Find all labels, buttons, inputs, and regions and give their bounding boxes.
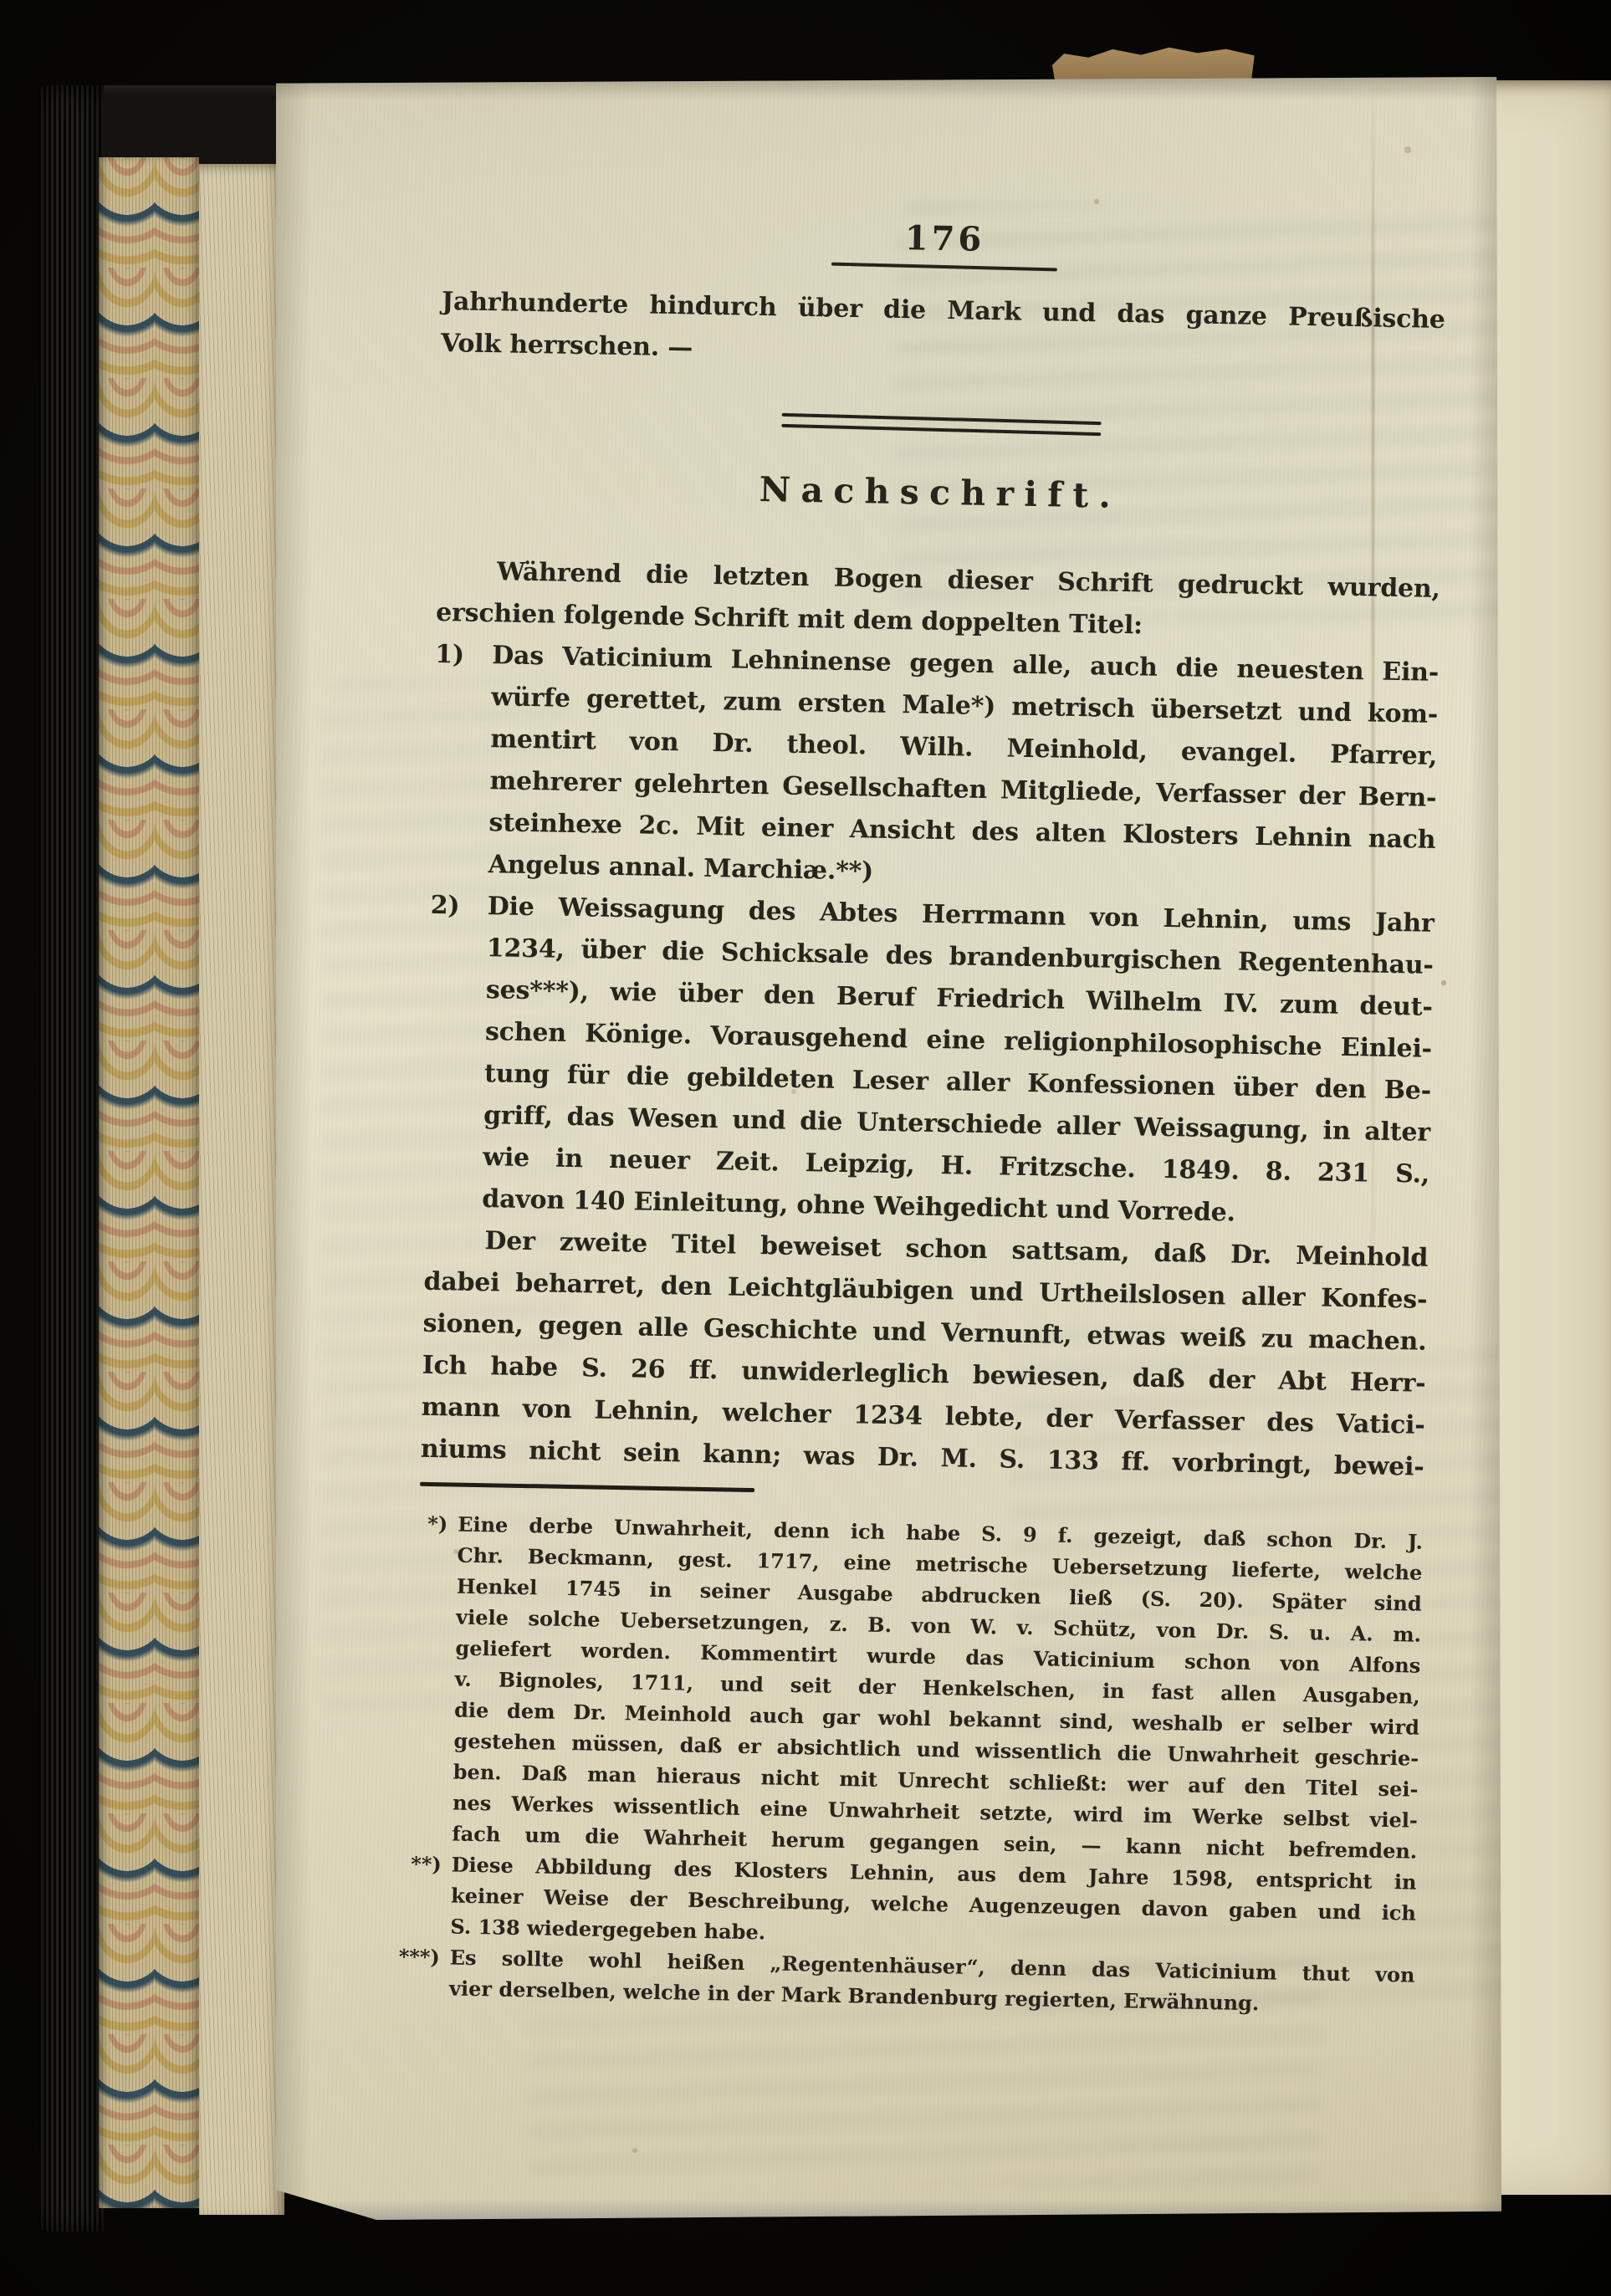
- page-number-rule: [831, 263, 1057, 272]
- list-marker: 2): [430, 885, 460, 928]
- footnote-2: **) DieseAbbildungdesKlostersLehnin,ausd…: [412, 1849, 1417, 1960]
- marbled-fore-edge: [99, 157, 199, 2208]
- page-number: 176: [442, 211, 1447, 268]
- divider-bar: [781, 424, 1101, 436]
- printed-text: 176 JahrhundertehindurchüberdieMarkundda…: [411, 211, 1447, 2022]
- footnote-marker: ***): [387, 1941, 440, 1972]
- list-marker: 1): [435, 634, 465, 677]
- footnote-text: DieseAbbildungdesKlostersLehnin,ausdemJa…: [450, 1849, 1417, 1960]
- footnote-marker: *): [396, 1507, 448, 1539]
- footnote-marker: **): [389, 1848, 442, 1879]
- book-page: 176 JahrhundertehindurchüberdieMarkundda…: [276, 77, 1501, 2220]
- footnote-text: EinederbeUnwahrheit,dennichhabeS.9f.geze…: [452, 1509, 1423, 1867]
- book-cover-edge: [38, 85, 104, 2232]
- footnote-1: *) EinederbeUnwahrheit,dennichhabeS.9f.g…: [413, 1508, 1423, 1867]
- footnotes: *) EinederbeUnwahrheit,dennichhabeS.9f.g…: [411, 1508, 1424, 2022]
- paper-stains: [276, 77, 278, 79]
- list-item-text: DieWeissagungdesAbtesHerrmannvonLehnin,u…: [482, 886, 1435, 1238]
- book-photo: 176 JahrhundertehindurchüberdieMarkundda…: [0, 0, 1611, 2296]
- divider-bar: [782, 413, 1102, 425]
- list-item-1: 1) DasVaticiniumLehninensegegenalle,auch…: [431, 634, 1439, 903]
- page-edge-stack: [199, 164, 284, 2215]
- list-item-2: 2) DieWeissagungdesAbtesHerrmannvonLehni…: [425, 885, 1435, 1238]
- carryover-paragraph: JahrhundertehindurchüberdieMarkunddasgan…: [441, 281, 1446, 383]
- body-paragraph: DerzweiteTitelbeweisetschonsattsam,daßDr…: [420, 1220, 1428, 1489]
- footnote-rule: [420, 1482, 754, 1492]
- section-heading: Nachschrift.: [438, 461, 1443, 525]
- list-item-text: DasVaticiniumLehninensegegenalle,auchdie…: [488, 635, 1439, 903]
- section-divider: [781, 413, 1101, 436]
